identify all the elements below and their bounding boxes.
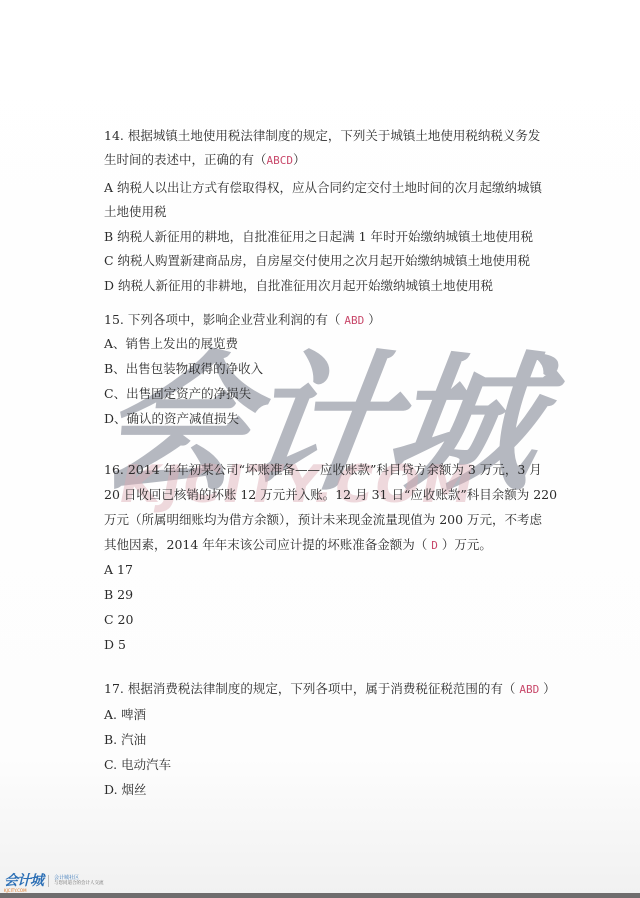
stem-text: 16. 2014 年年初某公司“坏账准备——应收账款”科目贷方余额为 3 万元，…	[104, 462, 542, 477]
question-stem-line: 20 日收回已核销的坏账 12 万元并入账。12 月 31 日“应收账款”科目余…	[104, 487, 557, 503]
stem-text: 17. 根据消费税法律制度的规定，下列各项中，属于消费税征税范围的有（	[104, 681, 519, 696]
answer-key: ABD	[519, 683, 539, 696]
footer-text: 会计城社区 与您同道合的会计人交流	[54, 875, 104, 887]
option-line: A、销售上发出的展览费	[104, 336, 238, 352]
question-stem-line: 15. 下列各项中，影响企业营业利润的有（ ABD ）	[104, 312, 381, 329]
question-stem-line: 其他因素，2014 年年末该公司应计提的坏账准备金额为（ D ）万元。	[104, 537, 492, 554]
option-line: B、出售包装物取得的净收入	[104, 361, 263, 377]
question-stem-line: 17. 根据消费税法律制度的规定，下列各项中，属于消费税征税范围的有（ ABD …	[104, 681, 556, 698]
option-line: A 纳税人以出让方式有偿取得权，应从合同约定交付土地时间的次月起缴纳城镇	[104, 180, 542, 196]
option-line: D 5	[104, 637, 126, 653]
stem-text: 20 日收回已核销的坏账 12 万元并入账。12 月 31 日“应收账款”科目余…	[104, 487, 557, 502]
option-line: C 纳税人购置新建商品房，自房屋交付使用之次月起开始缴纳城镇土地使用税	[104, 253, 530, 269]
stem-text: 万元（所属明细账均为借方余额），预计未来现金流量现值为 200 万元，不考虑	[104, 512, 542, 527]
document-page: 会计城 KJCITY.COM 14. 根据城镇土地使用税法律制度的规定，下列关于…	[0, 0, 640, 893]
logo-divider	[48, 875, 49, 887]
option-line: D. 烟丝	[104, 782, 147, 798]
answer-key: ABCD	[267, 154, 294, 167]
option-line: B 纳税人新征用的耕地，自批准征用之日起满 1 年时开始缴纳城镇土地使用税	[104, 229, 533, 245]
option-line: B. 汽油	[104, 732, 146, 748]
option-line: C 20	[104, 612, 133, 628]
logo-url: KJCITY.COM	[4, 889, 43, 893]
option-line: D 纳税人新征用的非耕地，自批准征用次月起开始缴纳城镇土地使用税	[104, 278, 493, 294]
stem-suffix: ）	[293, 152, 306, 167]
option-line: 土地使用税	[104, 204, 167, 220]
option-line: C. 电动汽车	[104, 757, 171, 773]
option-line: B 29	[104, 587, 133, 603]
stem-text: 生时间的表述中，正确的有（	[104, 152, 267, 167]
question-stem-line: 万元（所属明细账均为借方余额），预计未来现金流量现值为 200 万元，不考虑	[104, 512, 542, 528]
stem-text: 15. 下列各项中，影响企业营业利润的有（	[104, 312, 344, 327]
stem-suffix: ）	[539, 681, 555, 696]
stem-text: 14. 根据城镇土地使用税法律制度的规定，下列关于城镇土地使用税纳税义务发	[104, 128, 540, 143]
answer-key: ABD	[344, 314, 364, 327]
option-line: A. 啤酒	[104, 707, 146, 723]
footer-logo: 会计城 KJCITY.COM	[4, 870, 43, 893]
question-stem-line: 14. 根据城镇土地使用税法律制度的规定，下列关于城镇土地使用税纳税义务发	[104, 128, 540, 144]
question-stem-line: 生时间的表述中，正确的有（ABCD）	[104, 152, 306, 169]
question-stem-line: 16. 2014 年年初某公司“坏账准备——应收账款”科目贷方余额为 3 万元，…	[104, 462, 542, 478]
option-line: C、出售固定资产的净损失	[104, 386, 251, 402]
logo-mark: 会计城	[4, 873, 43, 889]
option-line: D、确认的资产减值损失	[104, 411, 239, 427]
community-slogan: 与您同道合的会计人交流	[54, 881, 104, 887]
stem-suffix: ）万元。	[438, 537, 492, 552]
option-line: A 17	[104, 562, 133, 578]
stem-suffix: ）	[364, 312, 380, 327]
footer-brand: 会计城 KJCITY.COM 会计城社区 与您同道合的会计人交流	[4, 873, 104, 889]
answer-key: D	[431, 539, 438, 552]
stem-text: 其他因素，2014 年年末该公司应计提的坏账准备金额为（	[104, 537, 431, 552]
